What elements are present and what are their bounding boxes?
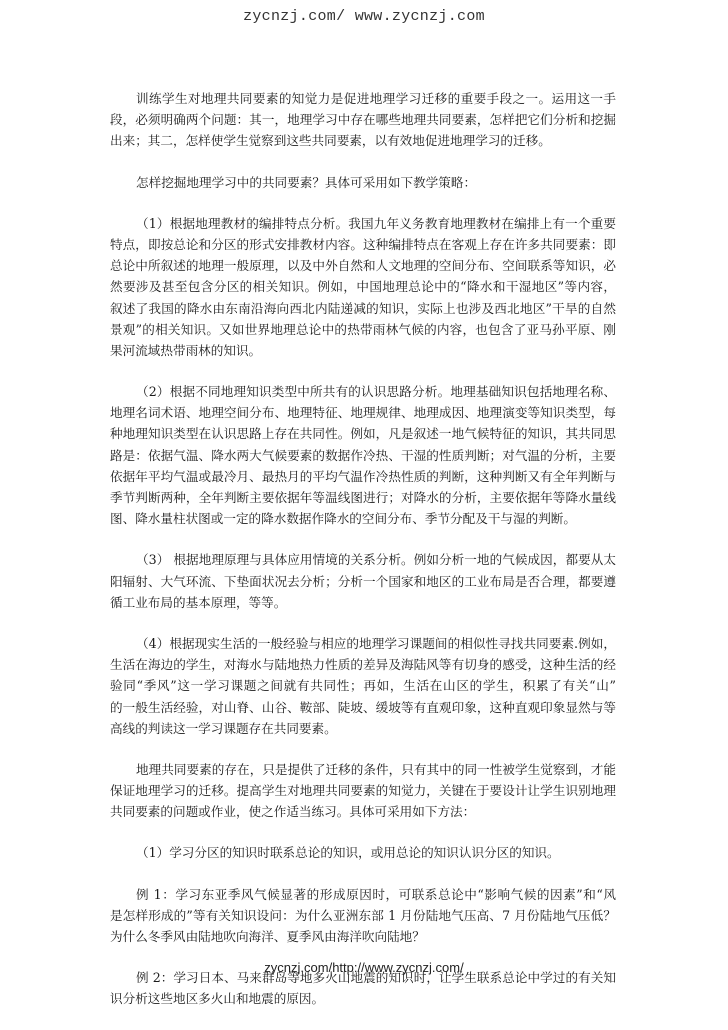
text-line: 为什么冬季风由陆地吹向海洋、夏季风由海洋吹向陆地？ bbox=[110, 926, 616, 947]
text-line: 阳辐射、大气环流、下垫面状况去分析；分析一个国家和地区的工业布局是否合理，都要遵 bbox=[110, 571, 616, 592]
text-line: 循工业布局的基本原理，等等。 bbox=[110, 592, 616, 613]
paragraph-strategy-1: （1）根据地理教材的编排特点分析。我国九年义务教育地理教材在编排上有一个重要 特… bbox=[110, 213, 616, 361]
page-header-watermark: zycnzj.com/ www.zycnzj.com bbox=[0, 8, 728, 25]
text-line: 怎样挖掘地理学习中的共同要素？具体可采用如下教学策略： bbox=[110, 172, 616, 193]
paragraph-transition: 地理共同要素的存在，只是提供了迁移的条件，只有其中的同一性被学生觉察到，才能 保… bbox=[110, 759, 616, 823]
text-line: 果河流域热带雨林的知识。 bbox=[110, 340, 616, 361]
paragraph-method-1: （1）学习分区的知识时联系总论的知识，或用总论的知识认识分区的知识。 bbox=[110, 842, 616, 863]
text-line: 出来；其二，怎样使学生觉察到这些共同要素，以有效地促进地理学习的迁移。 bbox=[110, 130, 616, 151]
text-line: 是怎样形成的”等有关知识设问：为什么亚洲东部 1 月份陆地气压高、7 月份陆地气… bbox=[110, 905, 616, 926]
text-line: 依据年平均气温或最冷月、最热月的平均气温作冷热性质的判断，这种判断又有全年判断与 bbox=[110, 466, 616, 487]
document-body: 训练学生对地理共同要素的知觉力是促进地理学习迁移的重要手段之一。运用这一手 段，… bbox=[110, 88, 616, 1030]
text-line: 叙述了我国的降水由东南沿海向西北内陆递减的知识，实际上也涉及西北地区”干旱的自然 bbox=[110, 298, 616, 319]
text-line: 识分析这些地区多火山和地震的原因。 bbox=[110, 988, 616, 1009]
text-line: （2）根据不同地理知识类型中所共有的认识思路分析。地理基础知识包括地理名称、 bbox=[110, 381, 616, 402]
text-line: 景观”的相关知识。又如世界地理总论中的热带雨林气候的内容，也包含了亚马孙平原、刚 bbox=[110, 319, 616, 340]
text-line: 路是：依据气温、降水两大气候要素的数据作冷热、干湿的性质判断；对气温的分析，主要 bbox=[110, 445, 616, 466]
text-line: 保证地理学习的迁移。提高学生对地理共同要素的知觉力，关键在于要设计让学生识别地理 bbox=[110, 780, 616, 801]
text-line: 种地理知识类型在认识思路上存在共同性。例如，凡是叙述一地气候特征的知识，其共同思 bbox=[110, 423, 616, 444]
text-line: 的一般生活经验，对山脊、山谷、鞍部、陡坡、缓坡等有直观印象，这种直观印象显然与等 bbox=[110, 697, 616, 718]
paragraph-strategy-3: （3） 根据地理原理与具体应用情境的关系分析。例如分析一地的气候成因，都要从太 … bbox=[110, 549, 616, 613]
text-line: 段，必须明确两个问题：其一，地理学习中存在哪些地理共同要素，怎样把它们分析和挖掘 bbox=[110, 109, 616, 130]
paragraph-question: 怎样挖掘地理学习中的共同要素？具体可采用如下教学策略： bbox=[110, 172, 616, 193]
text-line: 总论中所叙述的地理一般原理，以及中外自然和人文地理的空间分布、空间联系等知识，必 bbox=[110, 255, 616, 276]
text-line: 训练学生对地理共同要素的知觉力是促进地理学习迁移的重要手段之一。运用这一手 bbox=[110, 88, 616, 109]
text-line: 特点，即按总论和分区的形式安排教材内容。这种编排特点在客观上存在许多共同要素：即 bbox=[110, 234, 616, 255]
text-line: （1）学习分区的知识时联系总论的知识，或用总论的知识认识分区的知识。 bbox=[110, 842, 616, 863]
text-line: 季节判断两种，全年判断主要依据年等温线图进行；对降水的分析，主要依据年等降水量线 bbox=[110, 487, 616, 508]
text-line: 地理名词术语、地理空间分布、地理特征、地理规律、地理成因、地理演变等知识类型，每 bbox=[110, 402, 616, 423]
text-line: （3） 根据地理原理与具体应用情境的关系分析。例如分析一地的气候成因，都要从太 bbox=[110, 549, 616, 570]
text-line: 图、降水量柱状图或一定的降水数据作降水的空间分布、季节分配及干与湿的判断。 bbox=[110, 508, 616, 529]
text-line: 例 1：学习东亚季风气候显著的形成原因时，可联系总论中“影响气候的因素”和“风 bbox=[110, 884, 616, 905]
text-line: 验同“季风”这一学习课题之间就有共同性；再如，生活在山区的学生，积累了有关“山” bbox=[110, 675, 616, 696]
document-page: zycnzj.com/ www.zycnzj.com 训练学生对地理共同要素的知… bbox=[0, 0, 728, 1030]
paragraph-intro: 训练学生对地理共同要素的知觉力是促进地理学习迁移的重要手段之一。运用这一手 段，… bbox=[110, 88, 616, 152]
text-line: （4）根据现实生活的一般经验与相应的地理学习课题间的相似性寻找共同要素.例如， bbox=[110, 633, 616, 654]
text-line: 地理共同要素的存在，只是提供了迁移的条件，只有其中的同一性被学生觉察到，才能 bbox=[110, 759, 616, 780]
text-line: 共同要素的问题或作业，使之作适当练习。具体可采用如下方法： bbox=[110, 801, 616, 822]
paragraph-strategy-4: （4）根据现实生活的一般经验与相应的地理学习课题间的相似性寻找共同要素.例如， … bbox=[110, 633, 616, 739]
text-line: 然要涉及甚至包含分区的相关知识。例如，中国地理总论中的“降水和干湿地区”等内容， bbox=[110, 276, 616, 297]
page-footer-watermark: zycnzj.com/http://www.zycnzj.com/ bbox=[0, 960, 728, 975]
text-line: 生活在海边的学生，对海水与陆地热力性质的差异及海陆风等有切身的感受，这种生活的经 bbox=[110, 654, 616, 675]
paragraph-example-1: 例 1：学习东亚季风气候显著的形成原因时，可联系总论中“影响气候的因素”和“风 … bbox=[110, 884, 616, 948]
text-line: 高线的判读这一学习课题存在共同要素。 bbox=[110, 718, 616, 739]
paragraph-strategy-2: （2）根据不同地理知识类型中所共有的认识思路分析。地理基础知识包括地理名称、 地… bbox=[110, 381, 616, 529]
text-line: （1）根据地理教材的编排特点分析。我国九年义务教育地理教材在编排上有一个重要 bbox=[110, 213, 616, 234]
